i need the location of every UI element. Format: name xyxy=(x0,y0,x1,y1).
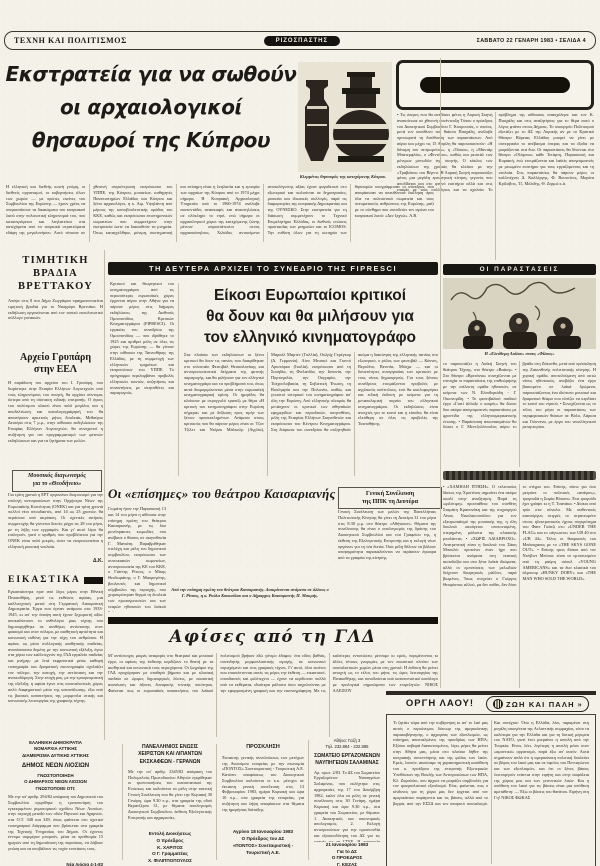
column-rule-b3 xyxy=(308,740,309,860)
ppk-title-line2: της ΠΠΚ τη Δευτέρα xyxy=(342,498,438,506)
vases-illustration xyxy=(298,62,392,172)
theater-photo xyxy=(170,504,330,584)
lead-headline: Εκστρατεία για να σωθούν οι αρχαιολογικο… xyxy=(2,58,300,157)
music-contest-title-line1: Μουσικός διαγωνισμός xyxy=(16,473,98,481)
honor-title-line3: ΒΡΕΤΤΑΚΟΥ xyxy=(8,280,103,293)
orgi-title: ΟΡΓΗ ΛΑΟΥ! xyxy=(386,698,494,709)
theater-photo-caption: Από την επίσημη πρώτη του θεάτρου Καισαρ… xyxy=(170,587,330,599)
records-body: • «ΧΑΜΗΛΗ ΠΤΗΣΗ». Ο τελευταίος δίσκος τη… xyxy=(443,484,596,688)
section-label: ΤΕΧΝΗ ΚΑΙ ΠΟΛΙΤΙΣΜΟΣ xyxy=(14,36,127,45)
performances-band: ΟΙ ΠΑΡΑΣΤΑΣΕΙΣ xyxy=(443,264,596,275)
salamina-footer3: Ο ΠΡΟΕΔΡΟΣ xyxy=(314,855,380,862)
union-sign2: Ο πρόεδρος xyxy=(128,838,212,845)
posters-headline: Αφίσες από τη ΓΛΔ xyxy=(128,629,418,646)
liosion-gov-line3: ΔΙΑΜΕΡΙΣΜΑ ΔΥΤΙΚΗΣ ΑΤΤΙΚΗΣ xyxy=(8,753,103,759)
fipresci-headline-line1: Είκοσι Ευρωπαίοι κριτικοί xyxy=(184,286,436,307)
opera-logo-box xyxy=(396,60,594,110)
fipresci-intro-column: Κριτικοί και θεωρητικοί του κινηματογράφ… xyxy=(110,281,174,477)
column-rule-fipresci xyxy=(178,283,179,476)
theater-headline: Οι «επίσημες» του θεάτρου Καισαριανής xyxy=(108,487,348,501)
liosion-sub3: ΓΝΩΣΤΟΠΟΙΕΙ ΟΤΙ: xyxy=(8,786,103,792)
grypari-body: Η παράδοση του αρχείου του Ι. Γρυπάρη, π… xyxy=(8,380,103,464)
honor-evening-title: ΤΙΜΗΤΙΚΗ ΒΡΑΔΙΑ ΒΡΕΤΤΑΚΟΥ xyxy=(8,254,103,293)
union-title-line1: ΠΑΝΕΛΛΗΝΙΟΣ ΕΝΩΣΙΣ xyxy=(128,744,212,751)
grypari-title-line1: Αρχείο Γρυπάρη xyxy=(8,352,103,364)
music-contest-box: Μουσικός διαγωνισμός για το «Θεοδήνειο» xyxy=(12,470,102,492)
music-contest-title-line2: για το «Θεοδήνειο» xyxy=(16,481,98,489)
opera-logo-bar xyxy=(420,77,570,93)
ppk-assembly-box: Γενική Συνέλευση της ΠΠΚ τη Δευτέρα xyxy=(338,487,442,509)
lead-article-body: Η ελληνική και διεθνής κοινή γνώμη, οι δ… xyxy=(6,184,434,242)
prosklisi-footer3: «ΠΟΝΤΟΣ» Συνεταιριστική - Τουριστική Α.Ε… xyxy=(222,843,304,857)
liosion-notice: ΕΛΛΗΝΙΚΗ ΔΗΜΟΚΡΑΤΙΑ ΝΟΜΑΡΧΙΑ ΑΤΤΙΚΗΣ ΔΙΑ… xyxy=(8,740,103,866)
column-rule-b2 xyxy=(216,744,217,860)
salamina-footer2: Για το ΔΣ xyxy=(314,849,380,856)
fipresci-headline: Είκοσι Ευρωπαίοι κριτικοί θα δουν και θα… xyxy=(184,286,436,349)
liosion-title: ΔΗΜΟΣ ΝΕΩΝ ΛΙΟΣΙΩΝ xyxy=(8,762,103,771)
union-sign5: Χ. ΦΙΛΙΠΠΟΠΟΥΛΟΣ xyxy=(128,858,212,865)
eikastika-header: ΕΙΚΑΣΤΙΚΑ xyxy=(8,575,103,585)
music-contest-signature: Δ.Κ. xyxy=(8,558,103,564)
honor-title-line1: ΤΙΜΗΤΙΚΗ xyxy=(8,254,103,267)
union-title-line3: ΕΚΣΚΑΦΕΩΝ - ΓΕΡΑΝΩΝ xyxy=(128,759,212,766)
salamina-contact2: Τηλ. 232.884 - 232.885 xyxy=(314,744,380,750)
records-section-band xyxy=(443,471,596,480)
masthead-pill: ΡΙΖΟΣΠΑΣΤΗΣ xyxy=(264,36,340,46)
eikastika-bar xyxy=(84,577,103,584)
fipresci-banner: ΤΗ ΔΕΥΤΕΡΑ ΑΡΧΙΖΕΙ ΤΟ ΣΥΝΕΔΡΙΟ ΤΗΣ FIPRE… xyxy=(108,262,438,275)
vases-caption: Κλεμμένος θησαυρός της κατεχόμενης Κύπρο… xyxy=(288,174,398,180)
zoi-flourish-icon: » xyxy=(578,700,582,709)
globe-icon xyxy=(493,699,503,709)
performances-photo xyxy=(443,278,596,349)
prosklisi-footer1: Αγρίνιο 18 Ιανουαρίου 1983 xyxy=(222,829,304,836)
fipresci-body: Στα πλαίσια των εκδηλώσεων οι ξένοι κριτ… xyxy=(184,352,438,476)
section-divider-bar xyxy=(108,617,438,624)
date-page-label: ΣΑΒΒΑΤΟ 22 ΓΕΝΑΡΗ 1983 • ΣΕΛΙΔΑ 4 xyxy=(477,38,586,44)
salamina-footer4: Γ. ΚΕΖΑΣ xyxy=(314,862,380,866)
grypari-title-line2: στην ΕΕΛ xyxy=(8,364,103,376)
liosion-footer: Νέα Λιόσια 4-1-83 xyxy=(8,862,103,866)
theater-left-column: Γιομάτη ήταν την Παρασκευή 13 και 14 του… xyxy=(108,506,166,612)
prosklisi-body: Έκτακτης γενικής συνελεύσεως των μετόχων… xyxy=(222,755,304,829)
union-notice: ΠΑΝΕΛΛΗΝΙΟΣ ΕΝΩΣΙΣ ΧΕΙΡΙΣΤΩΝ ΚΑΙ ΛΙΠΑΝΤΩ… xyxy=(128,744,212,865)
performances-photo-caption: Η «Ελεύθερη Αιόλου» στους «Φίλους» xyxy=(443,351,596,357)
salamina-title-line1: ΣΩΜΑΤΕΙΟ ΕΡΓΑΖΟΜΕΝΩΝ xyxy=(314,753,380,760)
orgi-top-rule xyxy=(386,691,596,695)
union-sign4: Ο Γ. Γραμματέας xyxy=(128,851,212,858)
zoi-kai-pali-label: ΖΩΗ ΚΑΙ ΠΑΛΗ xyxy=(506,700,575,709)
prosklisi-notice: ΠΡΟΣΚΛΗΣΗ Έκτακτης γενικής συνελεύσεως τ… xyxy=(222,744,304,856)
honor-evening-body: Απόψε στις 8 στο Δήμο Ζωγράφου πραγματοπ… xyxy=(8,298,103,346)
honor-title-line2: ΒΡΑΔΙΑ xyxy=(8,267,103,280)
fipresci-headline-line3: τον ελληνικό κινηματογράφο xyxy=(184,328,436,349)
column-rule-left xyxy=(104,250,105,740)
zoi-kai-pali-pill: ΖΩΗ ΚΑΙ ΠΑΛΗ » xyxy=(486,696,589,712)
column-rule-right xyxy=(440,58,441,688)
liosion-body: Με την υπ' αριθμ. 294/82 απόφαση του Δημ… xyxy=(8,794,103,860)
prosklisi-title: ΠΡΟΣΚΛΗΣΗ xyxy=(222,744,304,752)
column-rule-b1 xyxy=(122,744,123,860)
liosion-sub1: ΓΝΩΣΤΟΠΟΙΗΣΗ xyxy=(8,773,103,780)
fipresci-headline-line2: θα δουν και θα μιλήσουν για xyxy=(184,307,436,328)
lead-headline-line1: Εκστρατεία για να σωθούν xyxy=(2,58,300,91)
music-contest-body: Για τρίτη χρονιά η ΕΡΤ οργανώνει διαγωνι… xyxy=(8,492,103,558)
union-sign1: Εντολή Διοικήσεως xyxy=(128,831,212,838)
ppk-assembly-body: Γενική Συνέλευση των μελών της Πανελλήνι… xyxy=(338,509,436,613)
salamina-notice: Αθήνα: Γαζή 3 Τηλ. 232.884 - 232.885 ΣΩΜ… xyxy=(314,738,380,866)
eikastika-column: Εγκαινιάστηκε πριν από λίγες μέρες στην … xyxy=(8,589,103,735)
prosklisi-footer2: Ο Πρόεδρος του ΔΣ xyxy=(222,836,304,843)
eikastika-label: ΕΙΚΑΣΤΙΚΑ xyxy=(8,575,81,585)
union-body: Με την υπ' αριθμ. 2345/82 απόφαση του Πο… xyxy=(128,769,212,831)
salamina-body: Αρ. πρωτ. 2/83. Το ΔΣ του Σωματείου Εργα… xyxy=(314,770,380,842)
ppk-title-line1: Γενική Συνέλευση xyxy=(342,490,438,498)
theater-photo-grain xyxy=(170,504,330,584)
page-header: ΤΕΧΝΗ ΚΑΙ ΠΟΛΙΤΙΣΜΟΣ ΡΙΖΟΣΠΑΣΤΗΣ ΣΑΒΒΑΤΟ… xyxy=(4,31,596,50)
performances-body: το παρουσιάζει η Λαϊκή Σκηνή του θεάτρου… xyxy=(443,361,596,467)
salamina-footer1: 21 Ιανουαρίου 1983 xyxy=(314,842,380,849)
newspaper-page: ΤΕΧΝΗ ΚΑΙ ΠΟΛΙΤΙΣΜΟΣ ΡΙΖΟΣΠΑΣΤΗΣ ΣΑΒΒΑΤΟ… xyxy=(0,0,600,866)
union-title-line2: ΧΕΙΡΙΣΤΩΝ ΚΑΙ ΛΙΠΑΝΤΩΝ xyxy=(128,751,212,758)
grypari-title: Αρχείο Γρυπάρη στην ΕΕΛ xyxy=(8,352,103,376)
salamina-title-line2: ΝΑΥΠΗΓΕΙΩΝ ΣΑΛΑΜΙΝΑΣ xyxy=(314,760,380,767)
orgi-article-body: Τι ζητάει τώρα από την κυβέρνηση κι απ' … xyxy=(386,714,596,866)
lead-headline-line3: θησαυροί της Κύπρου xyxy=(2,124,300,157)
lead-headline-line2: οι αρχαιολογικοί xyxy=(2,91,300,124)
union-sign3: Κ. ΧΑΡΙΤΟΣ xyxy=(128,845,212,852)
